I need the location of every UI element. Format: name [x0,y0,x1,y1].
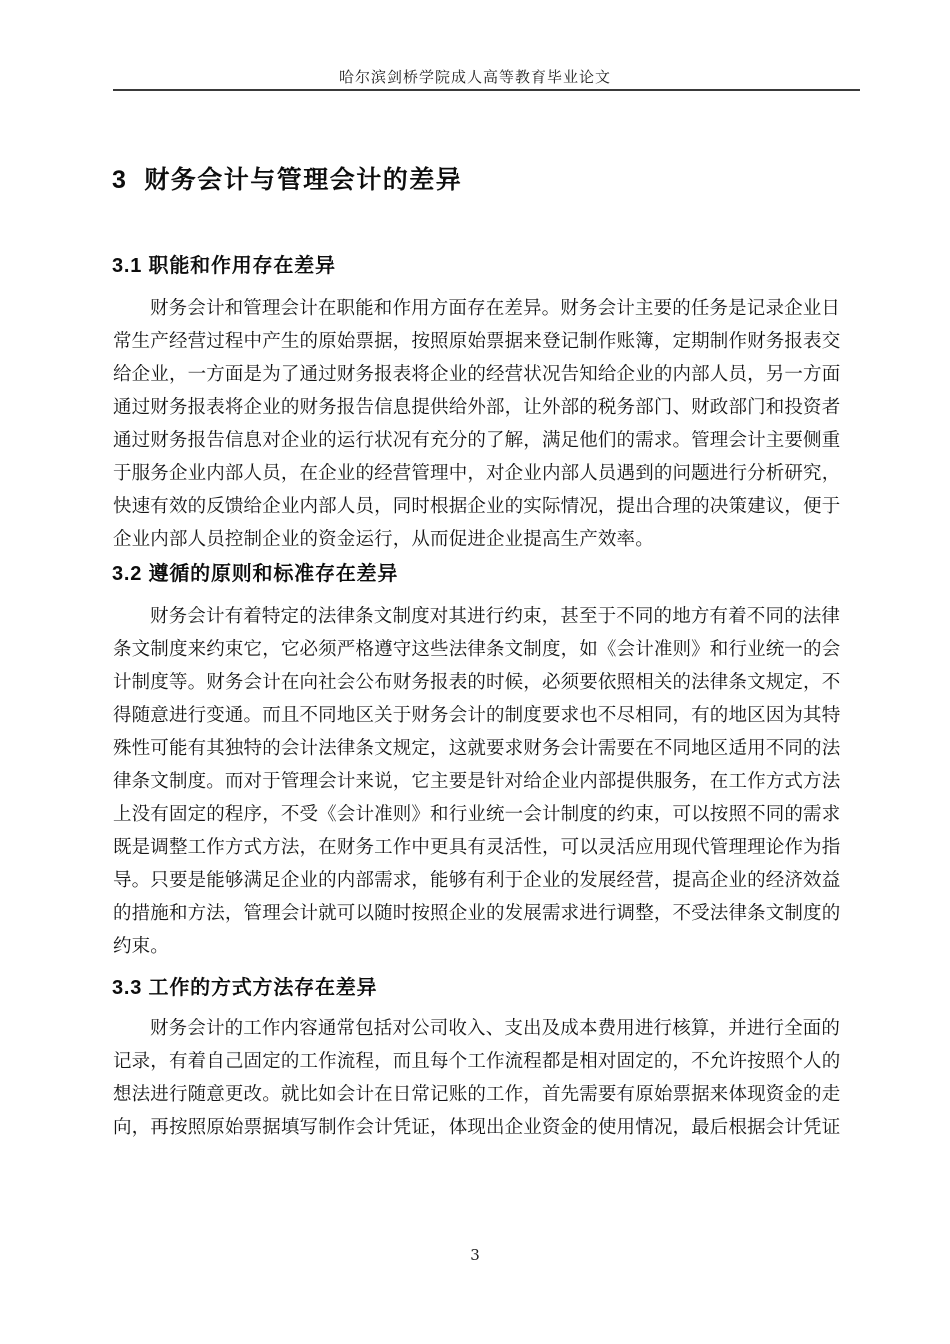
section-body-3-3: 财务会计的工作内容通常包括对公司收入、支出及成本费用进行核算，并进行全面的记录，… [113,1012,860,1144]
text-line: 想法进行随意更改。就比如会计在日常记账的工作，首先需要有原始票据来体现资金的走 [113,1078,860,1111]
text-line: 条文制度来约束它，它必须严格遵守这些法律条文制度，如《会计准则》和行业统一的会 [113,633,860,666]
text-line: 的措施和方法，管理会计就可以随时按照企业的发展需求进行调整，不受法律条文制度的 [113,897,860,930]
text-line: 得随意进行变通。而且不同地区关于财务会计的制度要求也不尽相同，有的地区因为其特 [113,699,860,732]
text-line: 常生产经营过程中产生的原始票据，按照原始票据来登记制作账簿，定期制作财务报表交 [113,325,860,358]
running-header-title: 哈尔滨剑桥学院成人高等教育毕业论文 [0,66,950,87]
text-line: 约束。 [113,930,860,963]
text-line: 既是调整工作方式方法，在财务工作中更具有灵活性，可以灵活应用现代管理理论作为指 [113,831,860,864]
text-line: 于服务企业内部人员，在企业的经营管理中，对企业内部人员遇到的问题进行分析研究， [113,457,860,490]
text-line: 给企业，一方面是为了通过财务报表将企业的经营状况告知给企业的内部人员，另一方面 [113,358,860,391]
text-line: 财务会计的工作内容通常包括对公司收入、支出及成本费用进行核算，并进行全面的 [113,1012,860,1045]
text-line: 向，再按照原始票据填写制作会计凭证，体现出企业资金的使用情况，最后根据会计凭证 [113,1111,860,1144]
text-line: 记录，有着自己固定的工作流程，而且每个工作流程都是相对固定的，不允许按照个人的 [113,1045,860,1078]
header-rule [113,89,860,91]
section-body-3-1: 财务会计和管理会计在职能和作用方面存在差异。财务会计主要的任务是记录企业日常生产… [113,292,860,556]
text-line: 殊性可能有其独特的会计法律条文规定，这就要求财务会计需要在不同地区适用不同的法 [113,732,860,765]
text-line: 通过财务报表将企业的财务报告信息提供给外部，让外部的税务部门、财政部门和投资者 [113,391,860,424]
text-line: 律条文制度。而对于管理会计来说，它主要是针对给企业内部提供服务，在工作方式方法 [113,765,860,798]
text-line: 计制度等。财务会计在向社会公布财务报表的时候，必须要依照相关的法律条文规定，不 [113,666,860,699]
section-heading-3-1: 3.1 职能和作用存在差异 [112,249,336,278]
section-heading-3-3: 3.3 工作的方式方法存在差异 [112,971,377,1000]
text-line: 快速有效的反馈给企业内部人员，同时根据企业的实际情况，提出合理的决策建议，便于 [113,490,860,523]
section-heading-3-2: 3.2 遵循的原则和标准存在差异 [112,557,398,586]
text-line: 上没有固定的程序，不受《会计准则》和行业统一会计制度的约束，可以按照不同的需求 [113,798,860,831]
text-line: 财务会计和管理会计在职能和作用方面存在差异。财务会计主要的任务是记录企业日 [113,292,860,325]
text-line: 导。只要是能够满足企业的内部需求，能够有利于企业的发展经营，提高企业的经济效益 [113,864,860,897]
chapter-title: 3 财务会计与管理会计的差异 [112,160,462,196]
text-line: 财务会计有着特定的法律条文制度对其进行约束，甚至于不同的地方有着不同的法律 [113,600,860,633]
text-line: 通过财务报告信息对企业的运行状况有充分的了解，满足他们的需求。管理会计主要侧重 [113,424,860,457]
text-line: 企业内部人员控制企业的资金运行，从而促进企业提高生产效率。 [113,523,860,556]
document-page: 哈尔滨剑桥学院成人高等教育毕业论文 3 财务会计与管理会计的差异 3.1 职能和… [0,0,950,1344]
section-body-3-2: 财务会计有着特定的法律条文制度对其进行约束，甚至于不同的地方有着不同的法律条文制… [113,600,860,963]
page-number: 3 [0,1246,950,1264]
